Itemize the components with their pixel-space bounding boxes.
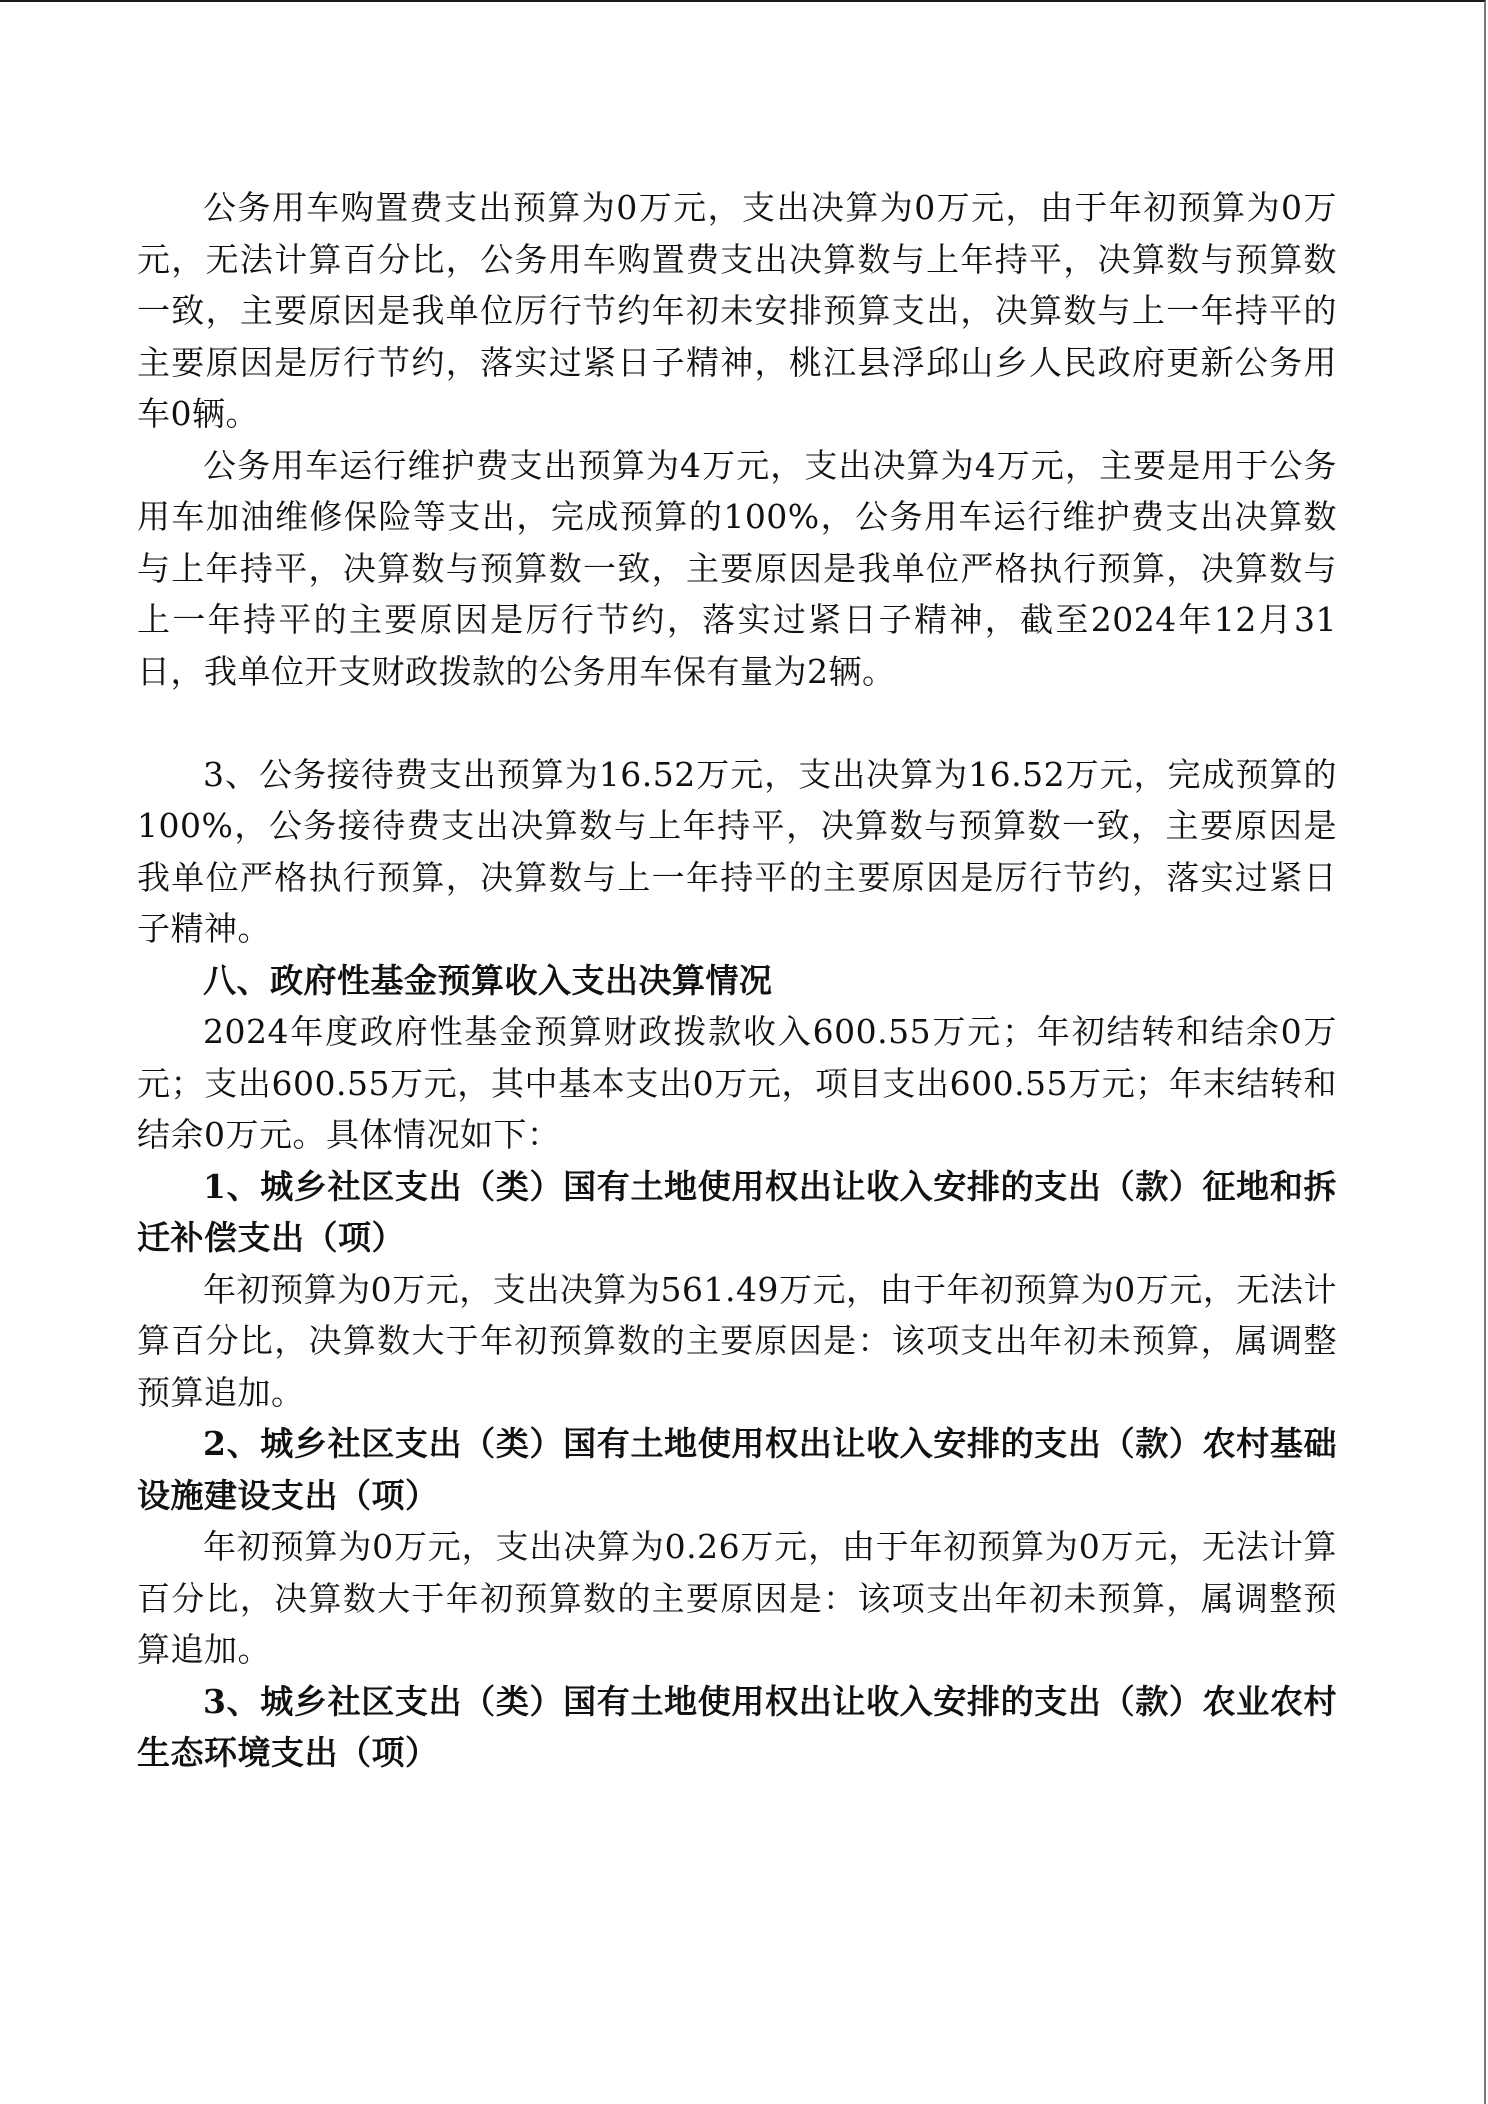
paragraph-vehicle-maintenance: 公务用车运行维护费支出预算为4万元，支出决算为4万元，主要是用于公务用车加油维修… bbox=[137, 440, 1337, 698]
subheading-rural-infrastructure: 2、城乡社区支出（类）国有土地使用权出让收入安排的支出（款）农村基础设施建设支出… bbox=[137, 1418, 1337, 1521]
document-body: 公务用车购置费支出预算为0万元，支出决算为0万元，由于年初预算为0万元，无法计算… bbox=[137, 182, 1337, 1779]
section-heading-government-fund: 八、政府性基金预算收入支出决算情况 bbox=[137, 955, 1337, 1007]
blank-line bbox=[137, 697, 1337, 749]
document-page: 公务用车购置费支出预算为0万元，支出决算为0万元，由于年初预算为0万元，无法计算… bbox=[0, 0, 1486, 2104]
paragraph-rural-infrastructure: 年初预算为0万元，支出决算为0.26万元，由于年初预算为0万元，无法计算百分比，… bbox=[137, 1521, 1337, 1676]
paragraph-land-acquisition: 年初预算为0万元，支出决算为561.49万元，由于年初预算为0万元，无法计算百分… bbox=[137, 1264, 1337, 1419]
subheading-rural-ecology: 3、城乡社区支出（类）国有土地使用权出让收入安排的支出（款）农业农村生态环境支出… bbox=[137, 1676, 1337, 1779]
subheading-land-acquisition: 1、城乡社区支出（类）国有土地使用权出让收入安排的支出（款）征地和拆迁补偿支出（… bbox=[137, 1161, 1337, 1264]
paragraph-fund-summary: 2024年度政府性基金预算财政拨款收入600.55万元；年初结转和结余0万元；支… bbox=[137, 1006, 1337, 1161]
paragraph-reception-expense: 3、公务接待费支出预算为16.52万元，支出决算为16.52万元，完成预算的10… bbox=[137, 749, 1337, 955]
paragraph-vehicle-purchase: 公务用车购置费支出预算为0万元，支出决算为0万元，由于年初预算为0万元，无法计算… bbox=[137, 182, 1337, 440]
